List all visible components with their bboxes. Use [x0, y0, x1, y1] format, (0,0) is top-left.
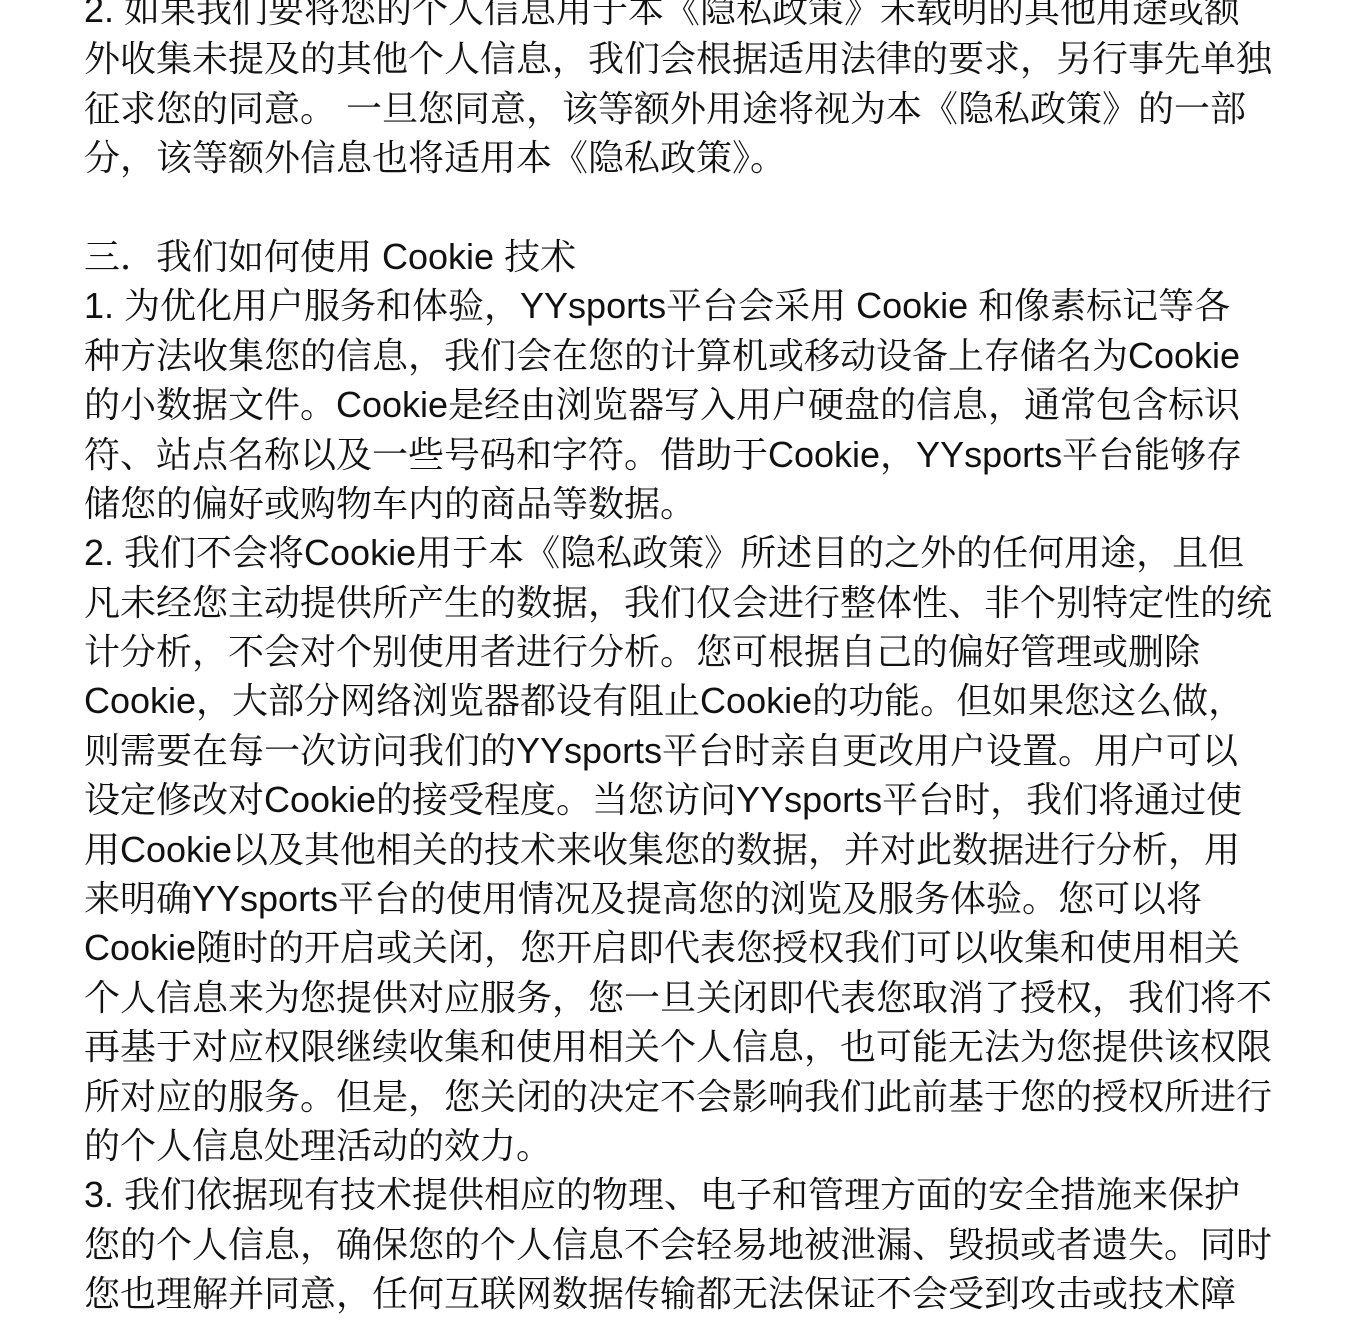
- policy-text-line: Cookie，大部分网络浏览器都设有阻止Cookie的功能。但如果您这么做，: [84, 676, 1282, 725]
- policy-text-line: 的个人信息处理活动的效力。: [84, 1121, 1282, 1170]
- policy-text-line: 外收集未提及的其他个人信息，我们会根据适用法律的要求，另行事先单独: [84, 34, 1282, 83]
- policy-text-line: 再基于对应权限继续收集和使用相关个人信息，也可能无法为您提供该权限: [84, 1022, 1282, 1071]
- policy-text-line: 您的个人信息，确保您的个人信息不会轻易地被泄漏、毁损或者遗失。同时: [84, 1220, 1282, 1269]
- policy-text-line: 1. 为优化用户服务和体验，YYsports平台会采用 Cookie 和像素标记…: [84, 281, 1282, 330]
- policy-text-line: 储您的偏好或购物车内的商品等数据。: [84, 479, 1282, 528]
- policy-text-line: 则需要在每一次访问我们的YYsports平台时亲自更改用户设置。用户可以: [84, 726, 1282, 775]
- policy-text-line: Cookie随时的开启或关闭，您开启即代表您授权我们可以收集和使用相关: [84, 923, 1282, 972]
- policy-text-line: 设定修改对Cookie的接受程度。当您访问YYsports平台时，我们将通过使: [84, 775, 1282, 824]
- policy-text-line: 来明确YYsports平台的使用情况及提高您的浏览及服务体验。您可以将: [84, 874, 1282, 923]
- paragraph-spacer: [84, 183, 1282, 232]
- policy-text-line: 种方法收集您的信息，我们会在您的计算机或移动设备上存储名为Cookie: [84, 331, 1282, 380]
- policy-document-body: 2. 如果我们要将您的个人信息用于本《隐私政策》未载明的其他用途或额 外收集未提…: [0, 0, 1366, 1319]
- policy-text-line: 2. 如果我们要将您的个人信息用于本《隐私政策》未载明的其他用途或额: [84, 0, 1282, 34]
- policy-text-line: 凡未经您主动提供所产生的数据，我们仅会进行整体性、非个别特定性的统: [84, 578, 1282, 627]
- policy-text-line: 个人信息来为您提供对应服务，您一旦关闭即代表您取消了授权，我们将不: [84, 973, 1282, 1022]
- policy-text-line: 分，该等额外信息也将适用本《隐私政策》。: [84, 133, 1282, 182]
- policy-text-line: 用Cookie以及其他相关的技术来收集您的数据，并对此数据进行分析，用: [84, 825, 1282, 874]
- policy-text-line: 计分析，不会对个别使用者进行分析。您可根据自己的偏好管理或删除: [84, 627, 1282, 676]
- policy-text-line: 您也理解并同意，任何互联网数据传输都无法保证不会受到攻击或技术障: [84, 1269, 1282, 1318]
- policy-text-line: 的小数据文件。Cookie是经由浏览器写入用户硬盘的信息，通常包含标识: [84, 380, 1282, 429]
- policy-text-line: 2. 我们不会将Cookie用于本《隐私政策》所述目的之外的任何用途，且但: [84, 528, 1282, 577]
- policy-text-line: 所对应的服务。但是，您关闭的决定不会影响我们此前基于您的授权所进行: [84, 1072, 1282, 1121]
- section-heading-cookie: 三．我们如何使用 Cookie 技术: [84, 232, 1282, 281]
- policy-text-line: 征求您的同意。 一旦您同意，该等额外用途将视为本《隐私政策》的一部: [84, 84, 1282, 133]
- policy-text-line: 3. 我们依据现有技术提供相应的物理、电子和管理方面的安全措施来保护: [84, 1170, 1282, 1219]
- policy-text-line: 符、站点名称以及一些号码和字符。借助于Cookie，YYsports平台能够存: [84, 430, 1282, 479]
